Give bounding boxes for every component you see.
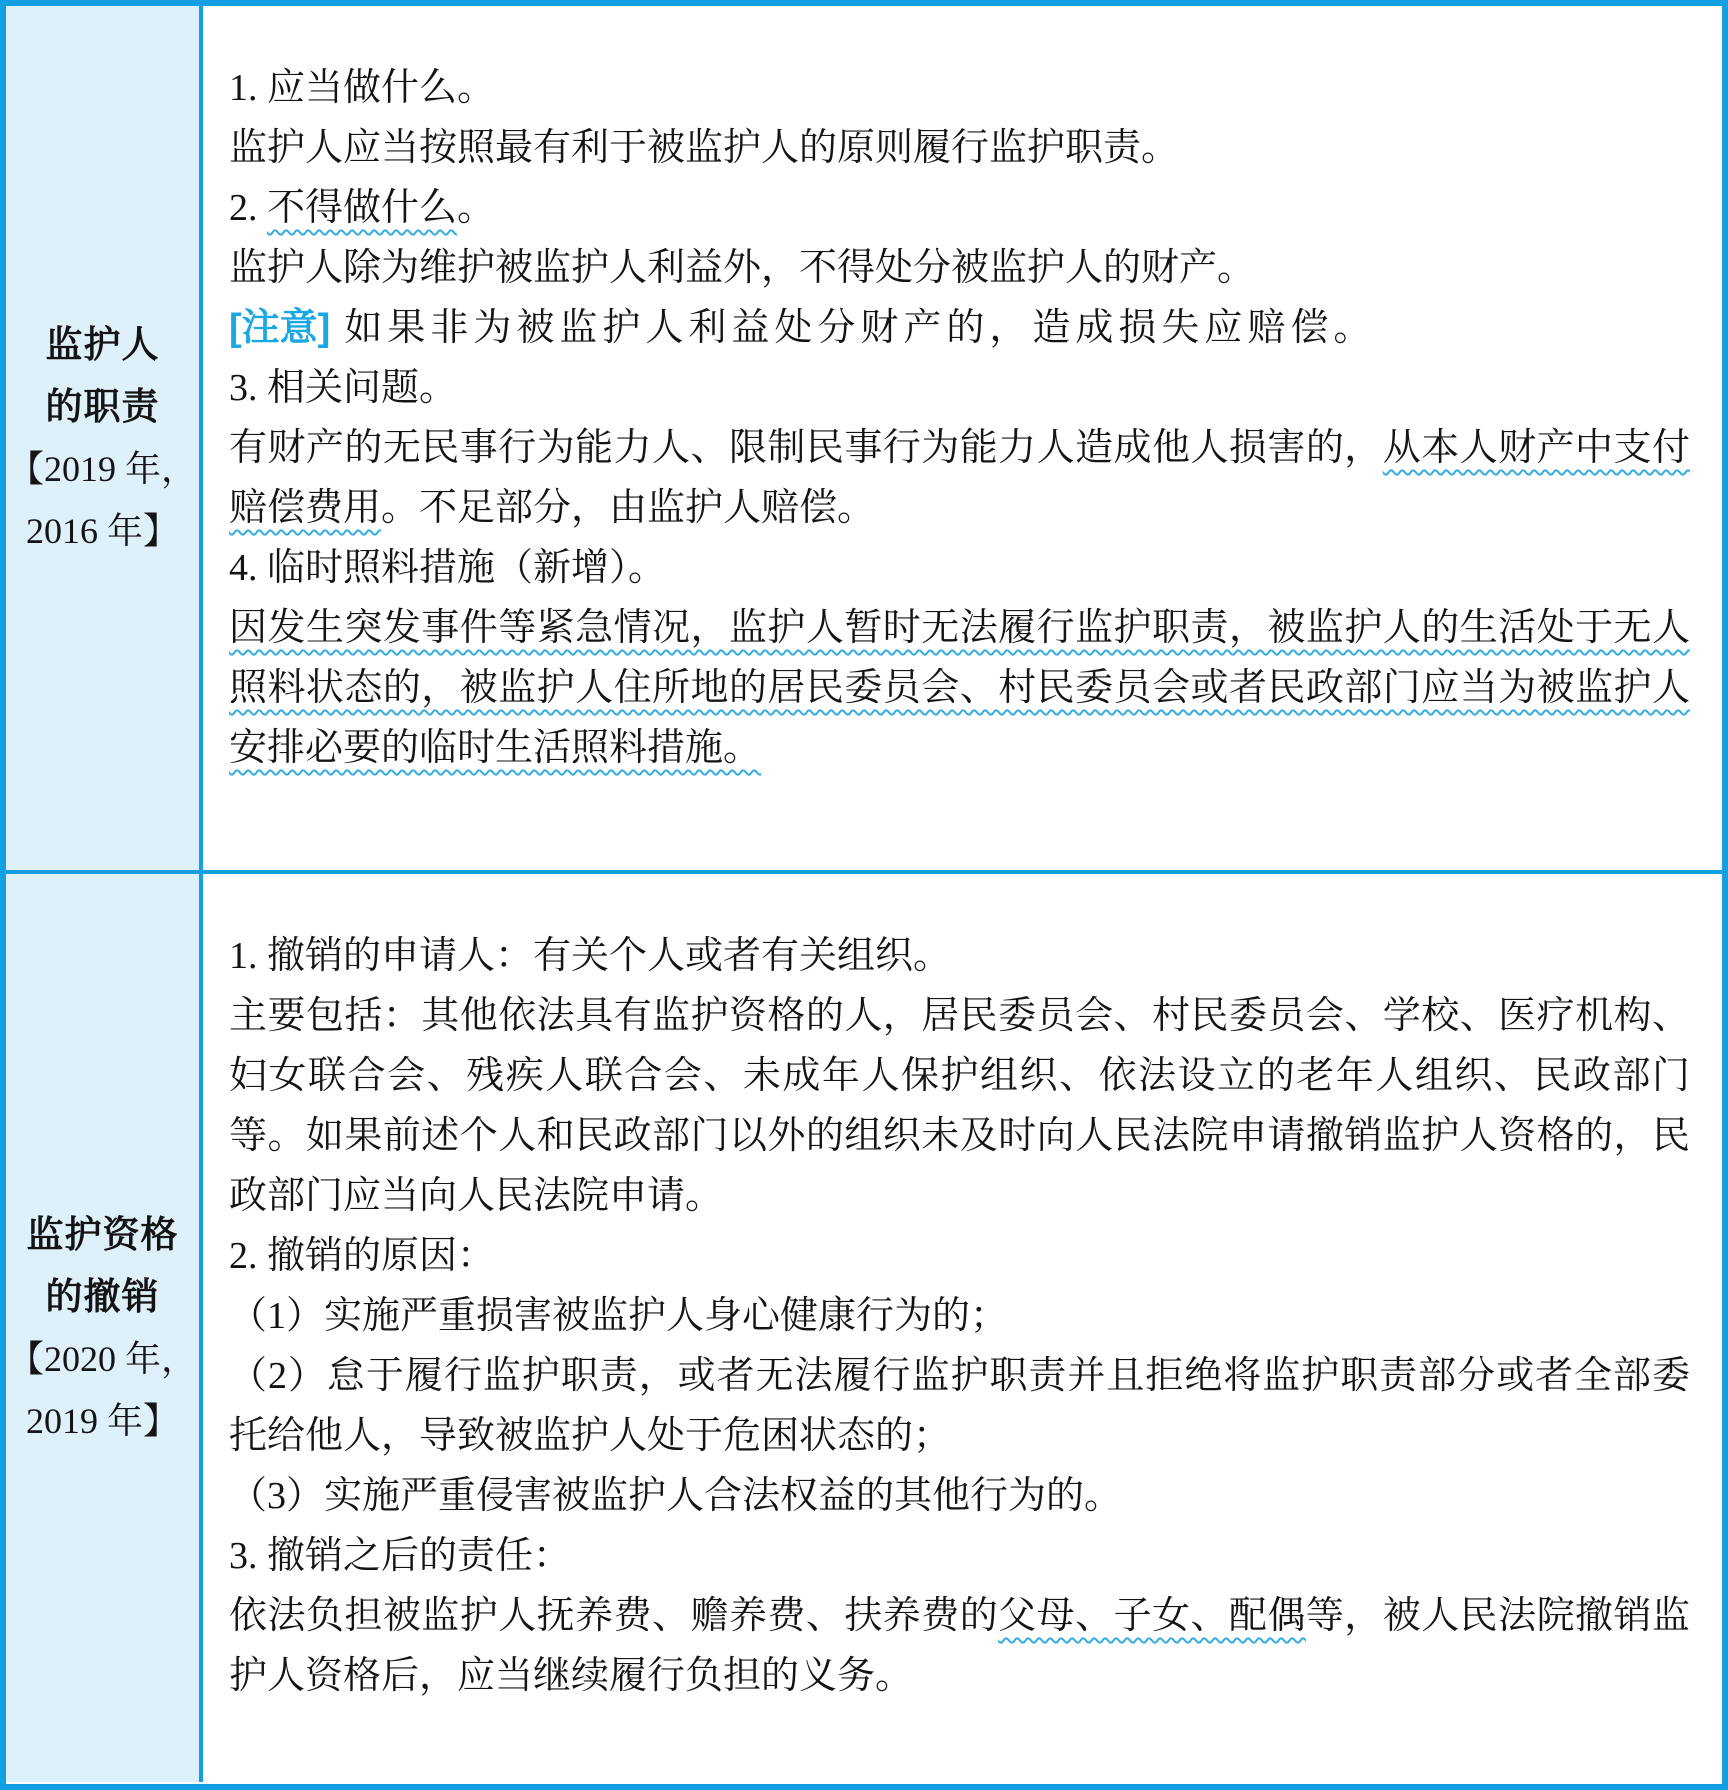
row-content-guardianship-revocation: 1. 撤销的申请人：有关个人或者有关组织。主要包括：其他依法具有监护资格的人，居… <box>203 874 1722 1782</box>
note-text: 如果非为被监护人利益处分财产的，造成损失应赔偿。 <box>344 307 1376 349</box>
text-segment: 4. 临时照料措施（新增）。 <box>229 547 666 589</box>
exam-years-line: 【2020 年， <box>8 1328 197 1390</box>
text-segment: （1）实施严重损害被监护人身心健康行为的； <box>229 1295 1008 1337</box>
text-segment: 。 <box>457 187 495 229</box>
paragraph: 3. 撤销之后的责任： <box>229 1526 1690 1586</box>
text-segment: 依法负担被监护人抚养费、赡养费、扶养费的 <box>229 1595 998 1637</box>
paragraph: 主要包括：其他依法具有监护资格的人，居民委员会、村民委员会、学校、医疗机构、妇女… <box>229 986 1690 1226</box>
text-segment: （3）实施严重侵害被监护人合法权益的其他行为的。 <box>229 1475 1122 1517</box>
text-segment: 监护人除为维护被监护人利益外，不得处分被监护人的财产。 <box>229 247 1255 289</box>
paragraph: 1. 应当做什么。 <box>229 58 1690 118</box>
row-title-line: 监护资格 <box>27 1204 179 1266</box>
text-segment: 2. 撤销的原因： <box>229 1235 495 1277</box>
paragraph: （3）实施严重侵害被监护人合法权益的其他行为的。 <box>229 1466 1690 1526</box>
paragraph: 3. 相关问题。 <box>229 358 1690 418</box>
text-segment: 监护人应当按照最有利于被监护人的原则履行监护职责。 <box>229 127 1179 169</box>
paragraph: 4. 临时照料措施（新增）。 <box>229 538 1690 598</box>
paragraph: [注意]如果非为被监护人利益处分财产的，造成损失应赔偿。 <box>229 298 1690 358</box>
text-segment: 。不足部分，由监护人赔偿。 <box>381 487 875 529</box>
paragraph: 有财产的无民事行为能力人、限制民事行为能力人造成他人损害的，从本人财产中支付赔偿… <box>229 418 1690 538</box>
text-segment: 3. 相关问题。 <box>229 367 457 409</box>
exam-years-line: 2016 年】 <box>26 500 179 562</box>
table-row-guardian-duties: 监护人 的职责 【2019 年， 2016 年】 1. 应当做什么。监护人应当按… <box>6 6 1722 874</box>
wavy-underlined-text: 父母、子女、配偶 <box>998 1595 1306 1637</box>
paragraph: （2）怠于履行监护职责，或者无法履行监护职责并且拒绝将监护职责部分或者全部委托给… <box>229 1346 1690 1466</box>
text-segment: 2. <box>229 187 267 229</box>
exam-years-line: 【2019 年， <box>8 438 197 500</box>
row-content-guardian-duties: 1. 应当做什么。监护人应当按照最有利于被监护人的原则履行监护职责。2. 不得做… <box>203 6 1722 870</box>
wavy-underlined-text: 因发生突发事件等紧急情况，监护人暂时无法履行监护职责，被监护人的生活处于无人照料… <box>229 607 1690 769</box>
row-title-line: 监护人 <box>46 314 160 376</box>
row-title-line: 的职责 <box>46 376 160 438</box>
paragraph: 监护人应当按照最有利于被监护人的原则履行监护职责。 <box>229 118 1690 178</box>
paragraph: 2. 撤销的原因： <box>229 1226 1690 1286</box>
row-header-guardianship-revocation: 监护资格 的撤销 【2020 年， 2019 年】 <box>6 874 203 1782</box>
paragraph: 因发生突发事件等紧急情况，监护人暂时无法履行监护职责，被监护人的生活处于无人照料… <box>229 598 1690 778</box>
text-segment: 1. 撤销的申请人：有关个人或者有关组织。 <box>229 935 951 977</box>
paragraph: 依法负担被监护人抚养费、赡养费、扶养费的父母、子女、配偶等，被人民法院撤销监护人… <box>229 1586 1690 1706</box>
text-segment: 1. 应当做什么。 <box>229 67 495 109</box>
text-segment: 3. 撤销之后的责任： <box>229 1535 571 1577</box>
text-segment: （2）怠于履行监护职责，或者无法履行监护职责并且拒绝将监护职责部分或者全部委托给… <box>229 1355 1690 1457</box>
paragraph: （1）实施严重损害被监护人身心健康行为的； <box>229 1286 1690 1346</box>
paragraph: 2. 不得做什么。 <box>229 178 1690 238</box>
wavy-underlined-text: 不得做什么 <box>267 187 457 229</box>
paragraph: 监护人除为维护被监护人利益外，不得处分被监护人的财产。 <box>229 238 1690 298</box>
guardianship-table: 监护人 的职责 【2019 年， 2016 年】 1. 应当做什么。监护人应当按… <box>0 0 1728 1790</box>
text-segment: 主要包括：其他依法具有监护资格的人，居民委员会、村民委员会、学校、医疗机构、妇女… <box>229 995 1690 1217</box>
table-row-guardianship-revocation: 监护资格 的撤销 【2020 年， 2019 年】 1. 撤销的申请人：有关个人… <box>6 874 1722 1782</box>
note-label: [注意] <box>229 307 330 349</box>
row-header-guardian-duties: 监护人 的职责 【2019 年， 2016 年】 <box>6 6 203 870</box>
row-title-line: 的撤销 <box>46 1266 160 1328</box>
exam-years-line: 2019 年】 <box>26 1390 179 1452</box>
text-segment: 有财产的无民事行为能力人、限制民事行为能力人造成他人损害的， <box>229 427 1383 469</box>
paragraph: 1. 撤销的申请人：有关个人或者有关组织。 <box>229 926 1690 986</box>
